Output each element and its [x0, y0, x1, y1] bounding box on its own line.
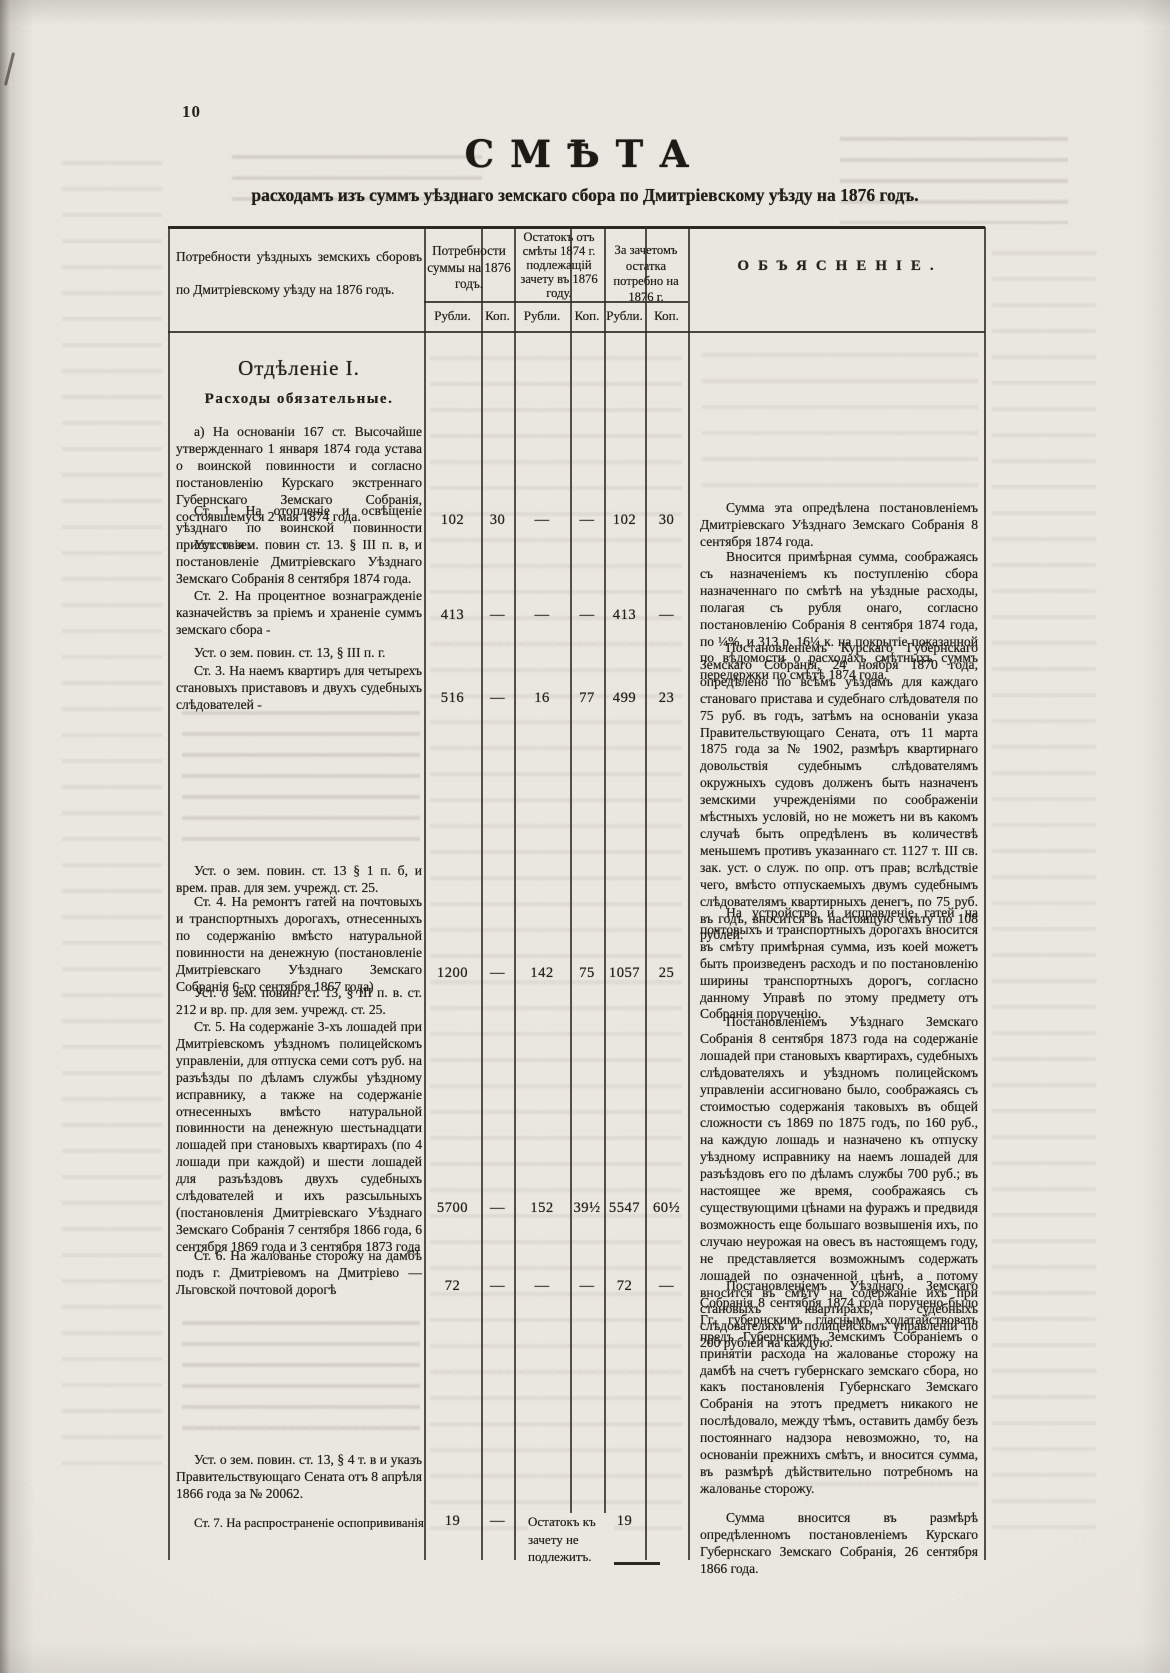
table-vline	[481, 227, 483, 1560]
table-vline	[645, 227, 647, 1560]
value-cell: —	[514, 1278, 570, 1295]
row-st6-text: Ст. 6. На жалованье сторожу на дамбѣ под…	[176, 1248, 422, 1299]
col-header-needs: Потребности уѣздныхъ земскихъ сборовъ по…	[176, 240, 422, 306]
row-st4-note: Уст. о зем. повин. ст. 13 § 1 п. б, и вр…	[176, 863, 422, 897]
value-cell: 39½	[570, 1200, 604, 1217]
table-vline	[688, 227, 690, 1560]
value-cell: 16	[514, 690, 570, 707]
value-cell: 72	[424, 1278, 481, 1295]
row-st2-text: Ст. 2. На процентное вознагражденіе казн…	[176, 588, 422, 639]
value-cell: —	[481, 965, 514, 982]
value-cell: —	[481, 1278, 514, 1295]
scanned-document-page: 10 СМѢТА расходамъ изъ суммъ уѣзднаго зе…	[0, 0, 1170, 1673]
label-kopecks: Коп.	[570, 308, 604, 324]
value-cell: 413	[424, 607, 481, 624]
row-st7-text: Ст. 7. На распространеніе оспопрививанія	[176, 1515, 428, 1532]
row-st3-explanation: Постановленіемъ Курскаго Губернскаго Зем…	[700, 640, 978, 944]
value-cell: 102	[424, 512, 481, 529]
value-cell: 19	[424, 1513, 481, 1530]
row-st1-values: 102 30 — — 102 30	[424, 512, 688, 529]
value-cell: 77	[570, 690, 604, 707]
document-subtitle: расходамъ изъ суммъ уѣзднаго земскаго сб…	[0, 185, 1170, 206]
bleedthrough-texture	[62, 150, 162, 1470]
value-cell: 516	[424, 690, 481, 707]
col-header-explanation: ОБЪЯСНЕНІЕ.	[700, 258, 980, 275]
row-st7-note: Уст. о зем. повин. ст. 13, § 4 т. в и ук…	[176, 1452, 422, 1503]
label-rubles: Рубли.	[604, 308, 645, 324]
value-cell	[645, 1513, 688, 1530]
row-st4-text: Ст. 4. На ремонтъ гатей на почтовыхъ и т…	[176, 894, 422, 995]
value-cell: —	[514, 607, 570, 624]
value-cell: 30	[645, 512, 688, 529]
row-st1-explanation: Сумма эта опредѣлена постановленіемъ Дми…	[700, 500, 978, 551]
table-vline	[514, 227, 516, 1560]
value-cell: 142	[514, 965, 570, 982]
table-vline	[604, 227, 606, 1560]
value-cell: 23	[645, 690, 688, 707]
row-st4-explanation: На устройство и исправленіе гатей на поч…	[700, 905, 978, 1023]
row-st6-explanation: Постановленіемъ Уѣзднаго Земскаго Собран…	[700, 1278, 978, 1498]
value-cell: 152	[514, 1200, 570, 1217]
value-cell: —	[645, 607, 688, 624]
row-st3-text: Ст. 3. На наемъ квартиръ для четырехъ ст…	[176, 663, 422, 714]
label-rubles: Рубли.	[424, 308, 481, 324]
section-subheading: Расходы обязательные.	[176, 391, 422, 408]
row-st3-values: 516 — 16 77 499 23	[424, 690, 688, 707]
value-cell: 1200	[424, 965, 481, 982]
col-group-net-1876: За зачетомъ остатка потребно на 1876 г.	[606, 243, 686, 305]
bleedthrough-texture	[992, 240, 1096, 1530]
scan-artifact	[4, 52, 15, 86]
value-cell: 5700	[424, 1200, 481, 1217]
value-cell: 72	[604, 1278, 645, 1295]
value-cell: —	[481, 1513, 514, 1530]
row-st4-values: 1200 — 142 75 1057 25	[424, 965, 688, 982]
value-cell: —	[645, 1278, 688, 1295]
table-top-rule	[168, 226, 985, 229]
value-cell: 102	[604, 512, 645, 529]
value-cell: 5547	[604, 1200, 645, 1217]
value-cell: 413	[604, 607, 645, 624]
bleedthrough-texture	[702, 342, 978, 492]
row-st5-text: Ст. 5. На содержаніе 3-хъ лошадей при Дм…	[176, 1019, 422, 1256]
value-cell: —	[570, 1278, 604, 1295]
bleedthrough-texture	[182, 1312, 420, 1446]
value-cell: 499	[604, 690, 645, 707]
table-vline	[570, 227, 572, 1560]
table-vline	[168, 227, 170, 1560]
value-cell: —	[570, 607, 604, 624]
table-vline	[984, 227, 986, 1560]
row-st7-explanation: Сумма вносится въ размѣрѣ опредѣленномъ …	[700, 1510, 978, 1578]
document-title: СМѢТА	[0, 132, 1170, 176]
row-st6-values: 72 — — — 72 —	[424, 1278, 688, 1295]
value-cell: —	[514, 512, 570, 529]
value-cell: —	[481, 1200, 514, 1217]
value-cell: 25	[645, 965, 688, 982]
row-st3-note: Уст. о зем. повин. ст. 13, § III п. г.	[176, 645, 422, 662]
section-heading: Отдѣленіе I.	[176, 356, 422, 381]
page-number: 10	[182, 102, 201, 122]
value-cell: —	[481, 690, 514, 707]
label-kopecks: Коп.	[481, 308, 514, 324]
row-st2-note: Уст. о зем. повин ст. 13. § III п. в, и …	[176, 537, 422, 588]
value-cell: 30	[481, 512, 514, 529]
col-group-remainder-1874: Остатокъ отъ смѣты 1874 г. подлежащій за…	[516, 230, 602, 300]
value-cell: 60½	[645, 1200, 688, 1217]
label-rubles: Рубли.	[514, 308, 570, 324]
table-header-rule	[168, 331, 985, 333]
value-cell: 75	[570, 965, 604, 982]
col-group-needs-1876: Потребности суммы на 1876 годъ.	[426, 243, 512, 293]
row-st5-values: 5700 — 152 39½ 5547 60½	[424, 1200, 688, 1217]
value-cell: —	[570, 512, 604, 529]
row-st2-values: 413 — — — 413 —	[424, 607, 688, 624]
row-st5-note: Уст. о зем. повин. ст. 13, § III п. в. с…	[176, 985, 422, 1019]
table-vline	[424, 227, 426, 1560]
remark-note: Остатокъ къ зачету не подлежитъ.	[528, 1513, 614, 1566]
label-kopecks: Коп.	[645, 308, 688, 324]
value-cell: 1057	[604, 965, 645, 982]
value-cell: —	[481, 607, 514, 624]
bleedthrough-texture	[182, 702, 420, 858]
